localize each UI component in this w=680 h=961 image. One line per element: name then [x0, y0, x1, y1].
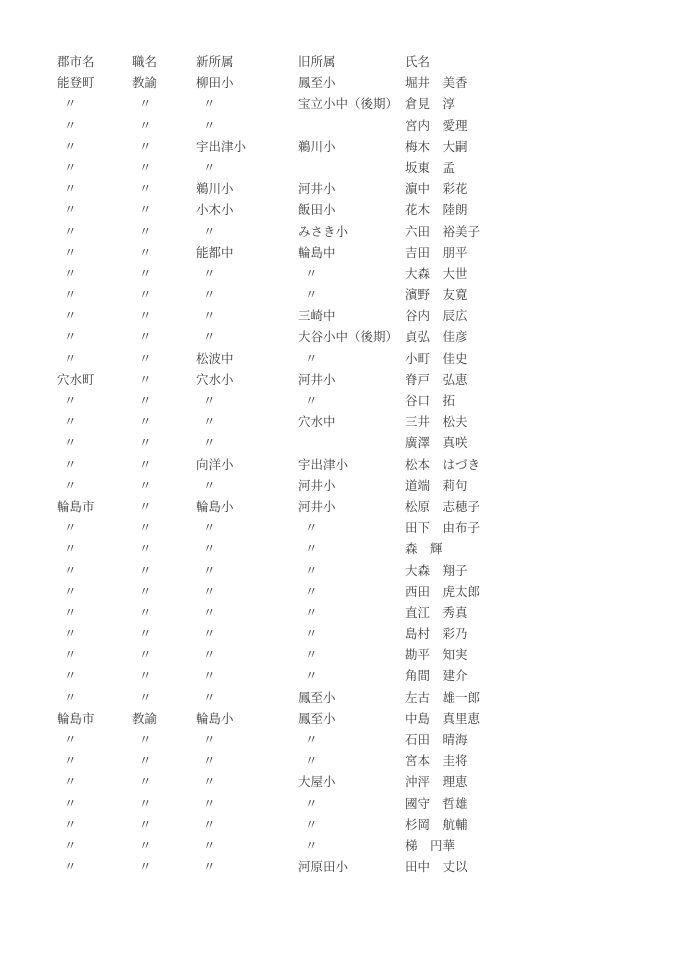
table-row: 〃 〃 〃 〃 大森 翔子	[0, 560, 680, 581]
cell-new-school: 〃	[203, 665, 216, 686]
cell-new-school: 小木小	[196, 199, 234, 220]
cell-old-school: 大屋小	[298, 771, 336, 792]
cell-new-school: 輪島小	[196, 496, 234, 517]
cell-new-school: 宇出津小	[196, 136, 246, 157]
cell-new-school: 〃	[203, 623, 216, 644]
cell-job-title: 〃	[139, 496, 152, 517]
cell-person-name: 廣澤 真咲	[405, 432, 468, 453]
cell-new-school: 〃	[203, 856, 216, 877]
cell-job-title: 〃	[139, 221, 152, 242]
cell-person-name: 大森 大世	[405, 263, 468, 284]
cell-district: 〃	[64, 581, 77, 602]
cell-district: 〃	[64, 326, 77, 347]
cell-job-title: 〃	[139, 178, 152, 199]
table-row: 〃 〃 〃 鳳至小 左古 雄一郎	[0, 687, 680, 708]
cell-job-title: 〃	[139, 157, 152, 178]
cell-job-title: 〃	[139, 326, 152, 347]
cell-job-title: 〃	[139, 687, 152, 708]
cell-district: 能登町	[57, 72, 95, 93]
cell-new-school: 〃	[203, 326, 216, 347]
cell-job-title: 〃	[139, 284, 152, 305]
cell-old-school: 〃	[305, 644, 318, 665]
table-row: 〃 〃 〃 〃 濱野 友寛	[0, 284, 680, 305]
cell-person-name: 堀井 美香	[405, 72, 468, 93]
cell-district: 〃	[64, 348, 77, 369]
table-row: 〃 〃 〃 みさき小 六田 裕美子	[0, 221, 680, 242]
cell-new-school: 鵜川小	[196, 178, 234, 199]
cell-new-school: 〃	[203, 517, 216, 538]
cell-new-school: 〃	[203, 157, 216, 178]
cell-job-title: 〃	[139, 517, 152, 538]
cell-old-school: 飯田小	[298, 199, 336, 220]
cell-person-name: 宮本 圭将	[405, 750, 468, 771]
cell-person-name: 三井 松夫	[405, 411, 468, 432]
cell-new-school: 〃	[203, 411, 216, 432]
cell-person-name: 杉岡 航輔	[405, 814, 468, 835]
cell-district: 〃	[64, 560, 77, 581]
cell-person-name: 松本 はづき	[405, 454, 480, 475]
table-row: 穴水町 〃 穴水小 河井小 脊戸 弘恵	[0, 369, 680, 390]
cell-job-title: 教諭	[132, 72, 157, 93]
cell-new-school: 〃	[203, 771, 216, 792]
cell-job-title: 〃	[139, 369, 152, 390]
cell-old-school: 〃	[305, 390, 318, 411]
cell-new-school: 〃	[203, 284, 216, 305]
cell-job-title: 〃	[139, 242, 152, 263]
table-row: 〃 〃 〃 〃 森 輝	[0, 538, 680, 559]
cell-new-school: 〃	[203, 835, 216, 856]
cell-district: 〃	[64, 93, 77, 114]
cell-person-name: 國守 哲雄	[405, 793, 468, 814]
transfer-table: 郡市名 職名 新所属 旧所属 氏名 能登町 教諭 柳田小 鳳至小 堀井 美香 〃…	[0, 51, 680, 877]
cell-new-school: 〃	[203, 538, 216, 559]
column-header-new-school: 新所属	[196, 51, 234, 72]
cell-district: 〃	[64, 665, 77, 686]
cell-person-name: 小町 佳史	[405, 348, 468, 369]
column-header-person-name: 氏名	[405, 51, 430, 72]
cell-job-title: 〃	[139, 814, 152, 835]
table-row: 〃 〃 向洋小 宇出津小 松本 はづき	[0, 454, 680, 475]
cell-new-school: 〃	[203, 729, 216, 750]
table-row: 〃 〃 〃 河井小 道端 莉句	[0, 475, 680, 496]
cell-old-school: 〃	[305, 750, 318, 771]
cell-old-school: 〃	[305, 665, 318, 686]
cell-new-school: 〃	[203, 687, 216, 708]
cell-new-school: 〃	[203, 814, 216, 835]
cell-old-school: 〃	[305, 729, 318, 750]
cell-new-school: 松波中	[196, 348, 234, 369]
cell-new-school: 〃	[203, 793, 216, 814]
cell-job-title: 〃	[139, 560, 152, 581]
cell-person-name: 花木 陸朗	[405, 199, 468, 220]
cell-job-title: 〃	[139, 411, 152, 432]
cell-job-title: 〃	[139, 729, 152, 750]
cell-person-name: 倉見 淳	[405, 93, 455, 114]
table-body: 能登町 教諭 柳田小 鳳至小 堀井 美香 〃 〃 〃 宝立小中（後期） 倉見 淳…	[0, 72, 680, 877]
cell-job-title: 〃	[139, 348, 152, 369]
cell-job-title: 〃	[139, 475, 152, 496]
cell-old-school: 鳳至小	[298, 72, 336, 93]
cell-district: 〃	[64, 517, 77, 538]
cell-job-title: 〃	[139, 793, 152, 814]
cell-district: 〃	[64, 305, 77, 326]
cell-new-school: 穴水小	[196, 369, 234, 390]
cell-new-school: 〃	[203, 305, 216, 326]
column-header-old-school: 旧所属	[298, 51, 336, 72]
table-row: 輪島市 教諭 輪島小 鳳至小 中島 真里恵	[0, 708, 680, 729]
cell-old-school: 大谷小中（後期）	[298, 326, 398, 347]
table-row: 〃 〃 〃 大屋小 沖泙 理恵	[0, 771, 680, 792]
cell-district: 〃	[64, 750, 77, 771]
table-row: 〃 〃 〃 穴水中 三井 松夫	[0, 411, 680, 432]
table-row: 〃 〃 小木小 飯田小 花木 陸朗	[0, 199, 680, 220]
cell-old-school: 河井小	[298, 475, 336, 496]
cell-district: 〃	[64, 771, 77, 792]
cell-job-title: 〃	[139, 623, 152, 644]
cell-job-title: 〃	[139, 665, 152, 686]
cell-person-name: 梅木 大嗣	[405, 136, 468, 157]
cell-district: 〃	[64, 242, 77, 263]
cell-old-school: 宇出津小	[298, 454, 348, 475]
cell-old-school: 〃	[305, 560, 318, 581]
cell-district: 〃	[64, 623, 77, 644]
cell-district: 〃	[64, 687, 77, 708]
cell-new-school: 〃	[203, 93, 216, 114]
cell-old-school: 河井小	[298, 178, 336, 199]
cell-district: 〃	[64, 644, 77, 665]
cell-person-name: 坂東 孟	[405, 157, 455, 178]
table-row: 〃 〃 松波中 〃 小町 佳史	[0, 348, 680, 369]
table-row: 〃 〃 〃 〃 石田 晴海	[0, 729, 680, 750]
cell-new-school: 〃	[203, 560, 216, 581]
cell-district: 輪島市	[57, 496, 95, 517]
cell-old-school: 〃	[305, 623, 318, 644]
table-row: 〃 〃 〃 〃 角間 建介	[0, 665, 680, 686]
cell-new-school: 輪島小	[196, 708, 234, 729]
cell-old-school: 〃	[305, 793, 318, 814]
table-row: 〃 〃 〃 〃 島村 彩乃	[0, 623, 680, 644]
table-row: 〃 〃 鵜川小 河井小 濵中 彩花	[0, 178, 680, 199]
cell-district: 〃	[64, 136, 77, 157]
table-row: 〃 〃 〃 〃 直江 秀真	[0, 602, 680, 623]
table-header-row: 郡市名 職名 新所属 旧所属 氏名	[0, 51, 680, 72]
cell-new-school: 〃	[203, 475, 216, 496]
cell-district: 穴水町	[57, 369, 95, 390]
cell-district: 〃	[64, 856, 77, 877]
cell-old-school: 〃	[305, 602, 318, 623]
cell-old-school: 鵜川小	[298, 136, 336, 157]
cell-district: 〃	[64, 602, 77, 623]
cell-job-title: 〃	[139, 856, 152, 877]
table-row: 〃 〃 〃 三崎中 谷内 辰広	[0, 305, 680, 326]
cell-job-title: 〃	[139, 136, 152, 157]
cell-job-title: 教諭	[132, 708, 157, 729]
table-row: 〃 〃 〃 宮内 愛理	[0, 115, 680, 136]
cell-district: 〃	[64, 454, 77, 475]
cell-job-title: 〃	[139, 750, 152, 771]
table-row: 輪島市 〃 輪島小 河井小 松原 志穂子	[0, 496, 680, 517]
cell-old-school: 〃	[305, 263, 318, 284]
cell-job-title: 〃	[139, 581, 152, 602]
cell-old-school: みさき小	[298, 221, 348, 242]
cell-new-school: 〃	[203, 221, 216, 242]
cell-district: 〃	[64, 538, 77, 559]
table-row: 〃 〃 〃 河原田小 田中 丈以	[0, 856, 680, 877]
cell-job-title: 〃	[139, 602, 152, 623]
cell-new-school: 〃	[203, 644, 216, 665]
cell-person-name: 谷口 拓	[405, 390, 455, 411]
cell-new-school: 能都中	[196, 242, 234, 263]
table-row: 〃 〃 〃 〃 杉岡 航輔	[0, 814, 680, 835]
cell-old-school: 鳳至小	[298, 708, 336, 729]
table-row: 〃 〃 〃 〃 國守 哲雄	[0, 793, 680, 814]
cell-job-title: 〃	[139, 835, 152, 856]
cell-new-school: 〃	[203, 263, 216, 284]
cell-job-title: 〃	[139, 538, 152, 559]
cell-district: 〃	[64, 729, 77, 750]
cell-district: 輪島市	[57, 708, 95, 729]
document-page: 郡市名 職名 新所属 旧所属 氏名 能登町 教諭 柳田小 鳳至小 堀井 美香 〃…	[0, 0, 680, 961]
cell-new-school: 〃	[203, 750, 216, 771]
table-row: 能登町 教諭 柳田小 鳳至小 堀井 美香	[0, 72, 680, 93]
cell-person-name: 西田 虎太郎	[405, 581, 480, 602]
cell-district: 〃	[64, 475, 77, 496]
table-row: 〃 〃 能都中 輪島中 吉田 朋平	[0, 242, 680, 263]
cell-old-school: 河井小	[298, 496, 336, 517]
cell-job-title: 〃	[139, 93, 152, 114]
cell-person-name: 田中 丈以	[405, 856, 468, 877]
cell-old-school: 〃	[305, 348, 318, 369]
cell-person-name: 大森 翔子	[405, 560, 468, 581]
cell-person-name: 六田 裕美子	[405, 221, 480, 242]
column-header-district: 郡市名	[57, 51, 95, 72]
cell-job-title: 〃	[139, 771, 152, 792]
cell-new-school: 〃	[203, 581, 216, 602]
cell-new-school: 〃	[203, 432, 216, 453]
cell-new-school: 〃	[203, 390, 216, 411]
cell-person-name: 森 輝	[405, 538, 443, 559]
cell-new-school: 〃	[203, 115, 216, 136]
cell-person-name: 左古 雄一郎	[405, 687, 480, 708]
table-row: 〃 〃 〃 大谷小中（後期） 貞弘 佳彦	[0, 326, 680, 347]
table-row: 〃 〃 〃 〃 梯 円華	[0, 835, 680, 856]
cell-district: 〃	[64, 390, 77, 411]
table-row: 〃 〃 〃 〃 宮本 圭将	[0, 750, 680, 771]
cell-old-school: 〃	[305, 517, 318, 538]
cell-district: 〃	[64, 199, 77, 220]
cell-person-name: 松原 志穂子	[405, 496, 480, 517]
cell-old-school: 輪島中	[298, 242, 336, 263]
cell-job-title: 〃	[139, 454, 152, 475]
cell-person-name: 勘平 知実	[405, 644, 468, 665]
table-row: 〃 〃 〃 坂東 孟	[0, 157, 680, 178]
cell-new-school: 柳田小	[196, 72, 234, 93]
cell-person-name: 石田 晴海	[405, 729, 468, 750]
cell-person-name: 田下 由布子	[405, 517, 480, 538]
table-row: 〃 〃 〃 〃 田下 由布子	[0, 517, 680, 538]
cell-person-name: 谷内 辰広	[405, 305, 468, 326]
table-row: 〃 〃 〃 宝立小中（後期） 倉見 淳	[0, 93, 680, 114]
cell-district: 〃	[64, 284, 77, 305]
cell-job-title: 〃	[139, 263, 152, 284]
table-row: 〃 〃 〃 〃 勘平 知実	[0, 644, 680, 665]
cell-job-title: 〃	[139, 199, 152, 220]
cell-person-name: 直江 秀真	[405, 602, 468, 623]
cell-district: 〃	[64, 157, 77, 178]
cell-district: 〃	[64, 411, 77, 432]
cell-person-name: 貞弘 佳彦	[405, 326, 468, 347]
cell-person-name: 角間 建介	[405, 665, 468, 686]
cell-person-name: 宮内 愛理	[405, 115, 468, 136]
cell-old-school: 鳳至小	[298, 687, 336, 708]
cell-district: 〃	[64, 835, 77, 856]
cell-person-name: 濵中 彩花	[405, 178, 468, 199]
cell-district: 〃	[64, 814, 77, 835]
cell-person-name: 吉田 朋平	[405, 242, 468, 263]
cell-job-title: 〃	[139, 644, 152, 665]
cell-old-school: 宝立小中（後期）	[298, 93, 398, 114]
table-row: 〃 〃 〃 廣澤 真咲	[0, 432, 680, 453]
cell-district: 〃	[64, 793, 77, 814]
cell-old-school: 〃	[305, 284, 318, 305]
cell-person-name: 濱野 友寛	[405, 284, 468, 305]
cell-old-school: 〃	[305, 538, 318, 559]
cell-person-name: 沖泙 理恵	[405, 771, 468, 792]
cell-person-name: 道端 莉句	[405, 475, 468, 496]
table-row: 〃 〃 〃 〃 谷口 拓	[0, 390, 680, 411]
table-row: 〃 〃 〃 〃 西田 虎太郎	[0, 581, 680, 602]
cell-new-school: 向洋小	[196, 454, 234, 475]
cell-old-school: 穴水中	[298, 411, 336, 432]
cell-old-school: 三崎中	[298, 305, 336, 326]
cell-old-school: 〃	[305, 814, 318, 835]
cell-new-school: 〃	[203, 602, 216, 623]
cell-person-name: 島村 彩乃	[405, 623, 468, 644]
cell-district: 〃	[64, 115, 77, 136]
cell-person-name: 梯 円華	[405, 835, 455, 856]
cell-old-school: 河井小	[298, 369, 336, 390]
cell-person-name: 脊戸 弘恵	[405, 369, 468, 390]
cell-job-title: 〃	[139, 305, 152, 326]
cell-job-title: 〃	[139, 115, 152, 136]
cell-old-school: 河原田小	[298, 856, 348, 877]
table-row: 〃 〃 宇出津小 鵜川小 梅木 大嗣	[0, 136, 680, 157]
cell-job-title: 〃	[139, 432, 152, 453]
cell-old-school: 〃	[305, 835, 318, 856]
cell-district: 〃	[64, 432, 77, 453]
cell-job-title: 〃	[139, 390, 152, 411]
column-header-job-title: 職名	[132, 51, 157, 72]
cell-old-school: 〃	[305, 581, 318, 602]
cell-district: 〃	[64, 178, 77, 199]
cell-district: 〃	[64, 221, 77, 242]
cell-district: 〃	[64, 263, 77, 284]
table-row: 〃 〃 〃 〃 大森 大世	[0, 263, 680, 284]
cell-person-name: 中島 真里恵	[405, 708, 480, 729]
